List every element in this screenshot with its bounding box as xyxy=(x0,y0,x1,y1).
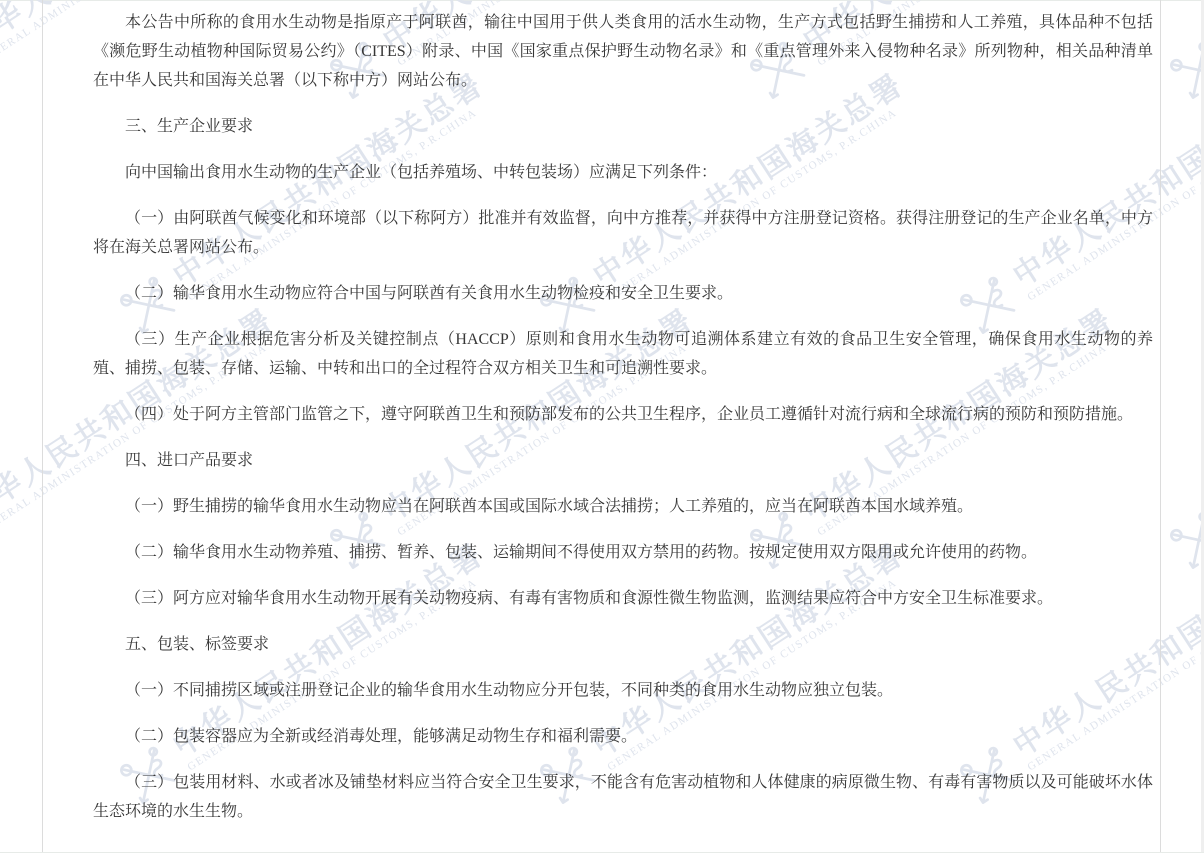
section-heading: 三、生产企业要求 xyxy=(93,112,1153,141)
paragraph: （二）输华食用水生动物养殖、捕捞、暂养、包装、运输期间不得使用双方禁用的药物。按… xyxy=(93,538,1153,567)
paragraph: （一）由阿联酋气候变化和环境部（以下称阿方）批准并有效监督，向中方推荐，并获得中… xyxy=(93,204,1153,262)
paragraph: （二）包装容器应为全新或经消毒处理，能够满足动物生存和福利需要。 xyxy=(93,722,1153,751)
customs-emblem-icon xyxy=(1159,500,1204,580)
announcement-body: 本公告中所称的食用水生动物是指原产于阿联酋，输往中国用于供人类食用的活水生动物，… xyxy=(93,8,1153,826)
watermark: 中华人民共和国海关总署GENERAL ADMINISTRATION OF CUS… xyxy=(1159,0,1204,110)
paragraph: （四）处于阿方主管部门监管之下，遵守阿联酋卫生和预防部发布的公共卫生程序，企业员… xyxy=(93,400,1153,429)
paragraph: （三）包装用材料、水或者冰及铺垫材料应当符合安全卫生要求，不能含有危害动植物和人… xyxy=(93,768,1153,826)
announcement-page: 中华人民共和国海关总署GENERAL ADMINISTRATION OF CUS… xyxy=(0,0,1204,853)
section-heading: 四、进口产品要求 xyxy=(93,446,1153,475)
paragraph: （三）阿方应对输华食用水生动物开展有关动物疫病、有毒有害物质和食源性微生物监测，… xyxy=(93,584,1153,613)
paragraph: （三）生产企业根据危害分析及关键控制点（HACCP）原则和食用水生动物可追溯体系… xyxy=(93,325,1153,383)
paragraph: （一）野生捕捞的输华食用水生动物应当在阿联酋本国或国际水域合法捕捞；人工养殖的，… xyxy=(93,492,1153,521)
watermark: 中华人民共和国海关总署GENERAL ADMINISTRATION OF CUS… xyxy=(1159,298,1204,580)
paragraph: 本公告中所称的食用水生动物是指原产于阿联酋，输往中国用于供人类食用的活水生动物，… xyxy=(93,8,1153,95)
paragraph: （一）不同捕捞区域或注册登记企业的输华食用水生动物应分开包装，不同种类的食用水生… xyxy=(93,676,1153,705)
section-heading: 五、包装、标签要求 xyxy=(93,630,1153,659)
paragraph: （二）输华食用水生动物应符合中国与阿联酋有关食用水生动物检疫和安全卫生要求。 xyxy=(93,279,1153,308)
paragraph: 向中国输出食用水生动物的生产企业（包括养殖场、中转包装场）应满足下列条件： xyxy=(93,158,1153,187)
customs-emblem-icon xyxy=(1159,30,1204,110)
